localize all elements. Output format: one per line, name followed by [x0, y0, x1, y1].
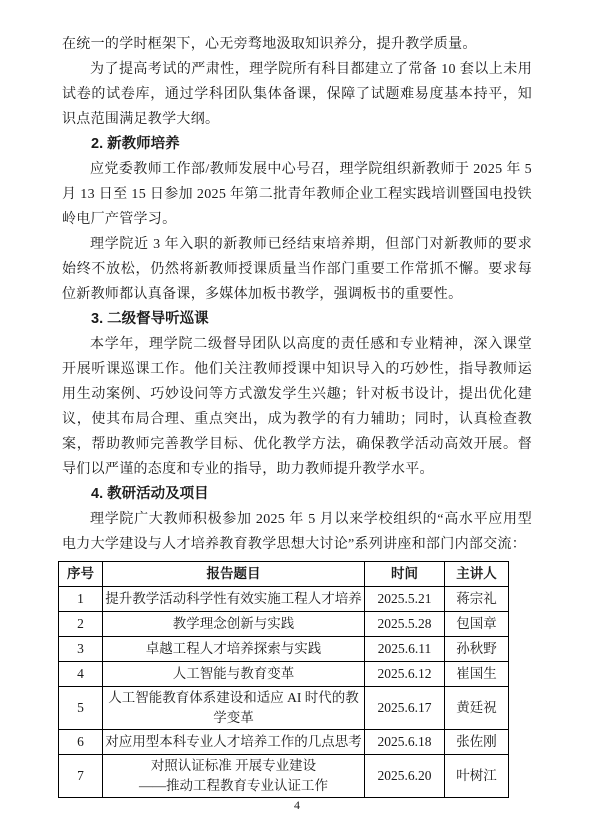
table-header-date: 时间 [365, 562, 445, 587]
table-row: 6 对应用型本科专业人才培养工作的几点思考 2025.6.18 张佐刚 [59, 730, 509, 755]
cell-speaker: 蒋宗礼 [445, 587, 509, 612]
table-header-no: 序号 [59, 562, 103, 587]
cell-no: 4 [59, 662, 103, 687]
cell-no: 7 [59, 755, 103, 798]
document-page: 在统一的学时框架下，心无旁骛地汲取知识养分，提升教学质量。 为了提高考试的严肃性… [0, 0, 594, 831]
cell-no: 6 [59, 730, 103, 755]
heading-new-teacher-training: 2. 新教师培养 [62, 132, 532, 157]
cell-date: 2025.5.21 [365, 587, 445, 612]
cell-date: 2025.6.20 [365, 755, 445, 798]
paragraph-new-teacher-call: 应党委教师工作部/教师发展中心号召，理学院组织新教师于 2025 年 5 月 1… [62, 157, 532, 232]
cell-no: 5 [59, 687, 103, 730]
paragraph-continuation: 在统一的学时框架下，心无旁骛地汲取知识养分，提升教学质量。 [62, 32, 532, 57]
paragraph-new-teacher-quality: 理学院近 3 年入职的新教师已经结束培养期，但部门对新教师的要求始终不放松，仍然… [62, 232, 532, 307]
cell-no: 1 [59, 587, 103, 612]
report-table: 序号 报告题目 时间 主讲人 1 提升教学活动科学性有效实施工程人才培养 202… [58, 561, 509, 798]
cell-speaker: 崔国生 [445, 662, 509, 687]
page-content: 在统一的学时框架下，心无旁骛地汲取知识养分，提升教学质量。 为了提高考试的严肃性… [62, 32, 532, 798]
table-header-row: 序号 报告题目 时间 主讲人 [59, 562, 509, 587]
table-header-speaker: 主讲人 [445, 562, 509, 587]
cell-title: 人工智能教育体系建设和适应 AI 时代的教学变革 [103, 687, 365, 730]
table-header-title: 报告题目 [103, 562, 365, 587]
cell-title: 提升教学活动科学性有效实施工程人才培养 [103, 587, 365, 612]
page-number: 4 [0, 798, 594, 813]
cell-date: 2025.6.11 [365, 637, 445, 662]
table-row: 3 卓越工程人才培养探索与实践 2025.6.11 孙秋野 [59, 637, 509, 662]
cell-date: 2025.6.17 [365, 687, 445, 730]
cell-speaker: 孙秋野 [445, 637, 509, 662]
cell-title: 人工智能与教育变革 [103, 662, 365, 687]
cell-speaker: 包国章 [445, 612, 509, 637]
table-row: 4 人工智能与教育变革 2025.6.12 崔国生 [59, 662, 509, 687]
cell-date: 2025.6.12 [365, 662, 445, 687]
cell-title: 教学理念创新与实践 [103, 612, 365, 637]
cell-speaker: 张佐刚 [445, 730, 509, 755]
cell-speaker: 叶树江 [445, 755, 509, 798]
table-row: 7 对照认证标准 开展专业建设 ——推动工程教育专业认证工作 2025.6.20… [59, 755, 509, 798]
cell-title: 对照认证标准 开展专业建设 ——推动工程教育专业认证工作 [103, 755, 365, 798]
table-row: 2 教学理念创新与实践 2025.5.28 包国章 [59, 612, 509, 637]
paragraph-research-intro: 理学院广大教师积极参加 2025 年 5 月以来学校组织的“高水平应用型电力大学… [62, 507, 532, 557]
table-row: 5 人工智能教育体系建设和适应 AI 时代的教学变革 2025.6.17 黄廷祝 [59, 687, 509, 730]
heading-supervision: 3. 二级督导听巡课 [62, 307, 532, 332]
cell-date: 2025.5.28 [365, 612, 445, 637]
paragraph-exam-bank: 为了提高考试的严肃性，理学院所有科目都建立了常备 10 套以上未用试卷的试卷库，… [62, 57, 532, 132]
heading-research-activities: 4. 教研活动及项目 [62, 482, 532, 507]
paragraph-supervision: 本学年，理学院二级督导团队以高度的责任感和专业精神，深入课堂开展听课巡课工作。他… [62, 332, 532, 482]
cell-title: 对应用型本科专业人才培养工作的几点思考 [103, 730, 365, 755]
cell-no: 2 [59, 612, 103, 637]
cell-title: 卓越工程人才培养探索与实践 [103, 637, 365, 662]
cell-date: 2025.6.18 [365, 730, 445, 755]
cell-no: 3 [59, 637, 103, 662]
table-row: 1 提升教学活动科学性有效实施工程人才培养 2025.5.21 蒋宗礼 [59, 587, 509, 612]
cell-speaker: 黄廷祝 [445, 687, 509, 730]
